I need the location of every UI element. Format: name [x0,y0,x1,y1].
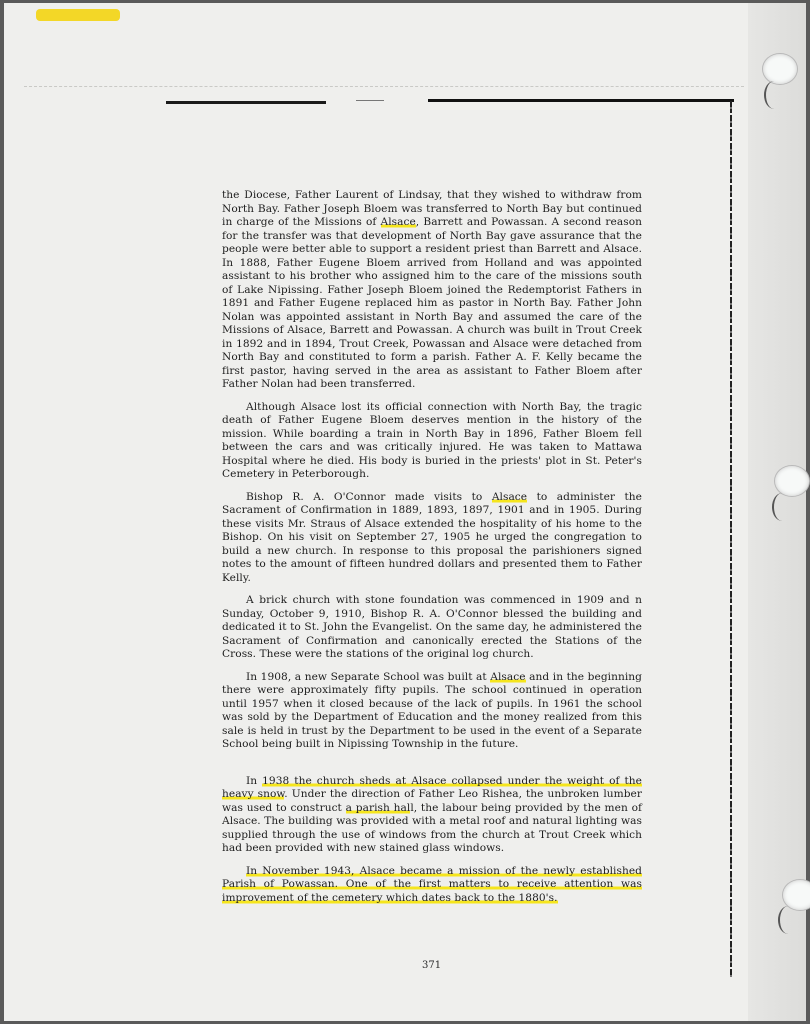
text-run: Bishop R. A. O'Connor made visits to [246,491,492,503]
header-rule [166,101,326,104]
paragraph: Bishop R. A. O'Connor made visits to Als… [222,491,642,586]
highlighted-text: In November 1943, Alsace became a missio… [222,865,642,904]
text-run: In 1908, a new Separate School was built… [246,671,490,683]
paragraph: A brick church with stone foundation was… [222,594,642,662]
highlighter-mark [36,9,120,21]
paragraph: Although Alsace lost its official connec… [222,401,642,482]
scanned-page: the Diocese, Father Laurent of Lindsay, … [4,3,806,1021]
text-run: A brick church with stone foundation was… [222,594,642,660]
text-run: In [246,775,262,787]
text-run: , Barrett and Powassan. A second reason … [222,216,642,390]
margin-rule [730,101,732,977]
paragraph: In November 1943, Alsace became a missio… [222,865,642,906]
paragraph-gap [222,761,642,775]
highlighted-text: Alsace [490,671,525,683]
body-text: the Diocese, Father Laurent of Lindsay, … [222,189,642,914]
highlighted-text: Alsace [492,491,527,503]
header-rule-fragment [356,100,384,101]
page-number: 371 [422,960,441,971]
highlighted-text: Alsace [381,216,416,228]
binder-hole-arc-icon [764,81,784,109]
faint-dotted-line [24,86,744,87]
text-run: to administer the Sacrament of Confirmat… [222,491,642,584]
paragraph: In 1908, a new Separate School was built… [222,671,642,752]
binder-hole-icon [762,53,798,85]
text-run: Although Alsace lost its official connec… [222,401,642,481]
header-rule [428,99,734,102]
binder-hole-arc-icon [778,906,798,934]
highlighted-text: a parish hal [346,802,411,814]
paragraph: In 1938 the church sheds at Alsace colla… [222,775,642,856]
binder-hole-arc-icon [772,493,792,521]
paragraph: the Diocese, Father Laurent of Lindsay, … [222,189,642,392]
